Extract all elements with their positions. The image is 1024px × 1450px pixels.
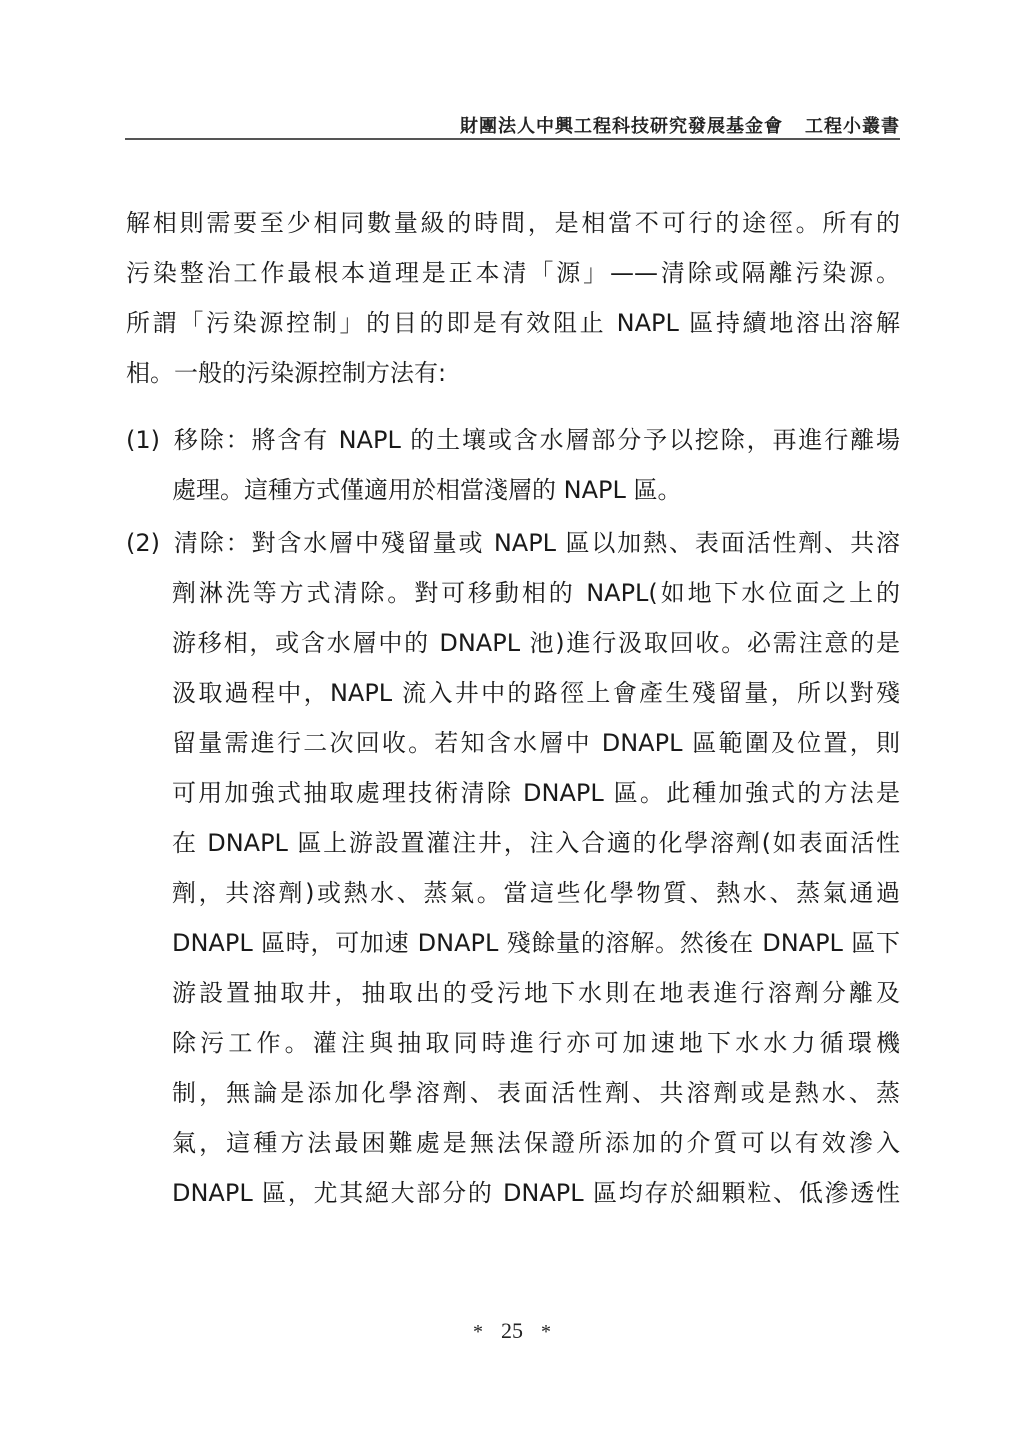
page-footer: *25* — [0, 1318, 1024, 1344]
list-marker: (2) — [126, 518, 172, 568]
list-line: 留量需進行二次回收。若知含水層中 DNAPL 區範圍及位置，則 — [126, 718, 900, 768]
header-divider — [125, 138, 900, 140]
list-line: DNAPL 區，尤其絕大部分的 DNAPL 區均存於細顆粒、低滲透性 — [126, 1168, 900, 1218]
list-item-cleanup: (2)清除：對含水層中殘留量或 NAPL 區以加熱、表面活性劑、共溶 劑淋洗等方… — [126, 518, 900, 1218]
list-item-first-line: (1)移除：將含有 NAPL 的土壤或含水層部分予以挖除，再進行離場 — [126, 415, 900, 465]
list-line: 汲取過程中，NAPL 流入井中的路徑上會產生殘留量，所以對殘 — [126, 668, 900, 718]
list-item-first-line: (2)清除：對含水層中殘留量或 NAPL 區以加熱、表面活性劑、共溶 — [126, 518, 900, 568]
intro-paragraph: 解相則需要至少相同數量級的時間，是相當不可行的途徑。所有的 污染整治工作最根本道… — [126, 198, 900, 398]
list-marker: (1) — [126, 415, 172, 465]
paragraph-line: 相。一般的污染源控制方法有: — [126, 348, 900, 398]
list-line: 除污工作。灌注與抽取同時進行亦可加速地下水水力循環機 — [126, 1018, 900, 1068]
asterisk-ornament-icon: * — [473, 1321, 483, 1344]
running-header: 財團法人中興工程科技研究發展基金會工程小叢書 — [125, 112, 900, 138]
list-line: 處理。這種方式僅適用於相當淺層的 NAPL 區。 — [126, 465, 900, 515]
paragraph-line: 解相則需要至少相同數量級的時間，是相當不可行的途徑。所有的 — [126, 198, 900, 248]
list-line: 在 DNAPL 區上游設置灌注井，注入合適的化學溶劑(如表面活性 — [126, 818, 900, 868]
paragraph-line: 所謂「污染源控制」的目的即是有效阻止 NAPL 區持續地溶出溶解 — [126, 298, 900, 348]
list-line: 劑，共溶劑)或熱水、蒸氣。當這些化學物質、熱水、蒸氣通過 — [126, 868, 900, 918]
paragraph-line: 污染整治工作最根本道理是正本清「源」——清除或隔離污染源。 — [126, 248, 900, 298]
list-line-text: 清除：對含水層中殘留量或 NAPL 區以加熱、表面活性劑、共溶 — [172, 529, 900, 557]
list-line: 制，無論是添加化學溶劑、表面活性劑、共溶劑或是熱水、蒸 — [126, 1068, 900, 1118]
list-line-text: 移除：將含有 NAPL 的土壤或含水層部分予以挖除，再進行離場 — [172, 426, 900, 454]
list-line: 劑淋洗等方式清除。對可移動相的 NAPL(如地下水位面之上的 — [126, 568, 900, 618]
list-line: 可用加強式抽取處理技術清除 DNAPL 區。此種加強式的方法是 — [126, 768, 900, 818]
list-item-removal: (1)移除：將含有 NAPL 的土壤或含水層部分予以挖除，再進行離場 處理。這種… — [126, 415, 900, 515]
list-line: DNAPL 區時，可加速 DNAPL 殘餘量的溶解。然後在 DNAPL 區下 — [126, 918, 900, 968]
list-line: 游設置抽取井，抽取出的受污地下水則在地表進行溶劑分離及 — [126, 968, 900, 1018]
header-organization: 財團法人中興工程科技研究發展基金會 — [460, 116, 783, 137]
list-line: 氣，這種方法最困難處是無法保證所添加的介質可以有效滲入 — [126, 1118, 900, 1168]
asterisk-ornament-icon: * — [541, 1321, 551, 1344]
header-series: 工程小叢書 — [805, 116, 900, 137]
list-line: 游移相，或含水層中的 DNAPL 池)進行汲取回收。必需注意的是 — [126, 618, 900, 668]
page-number: 25 — [501, 1318, 523, 1343]
